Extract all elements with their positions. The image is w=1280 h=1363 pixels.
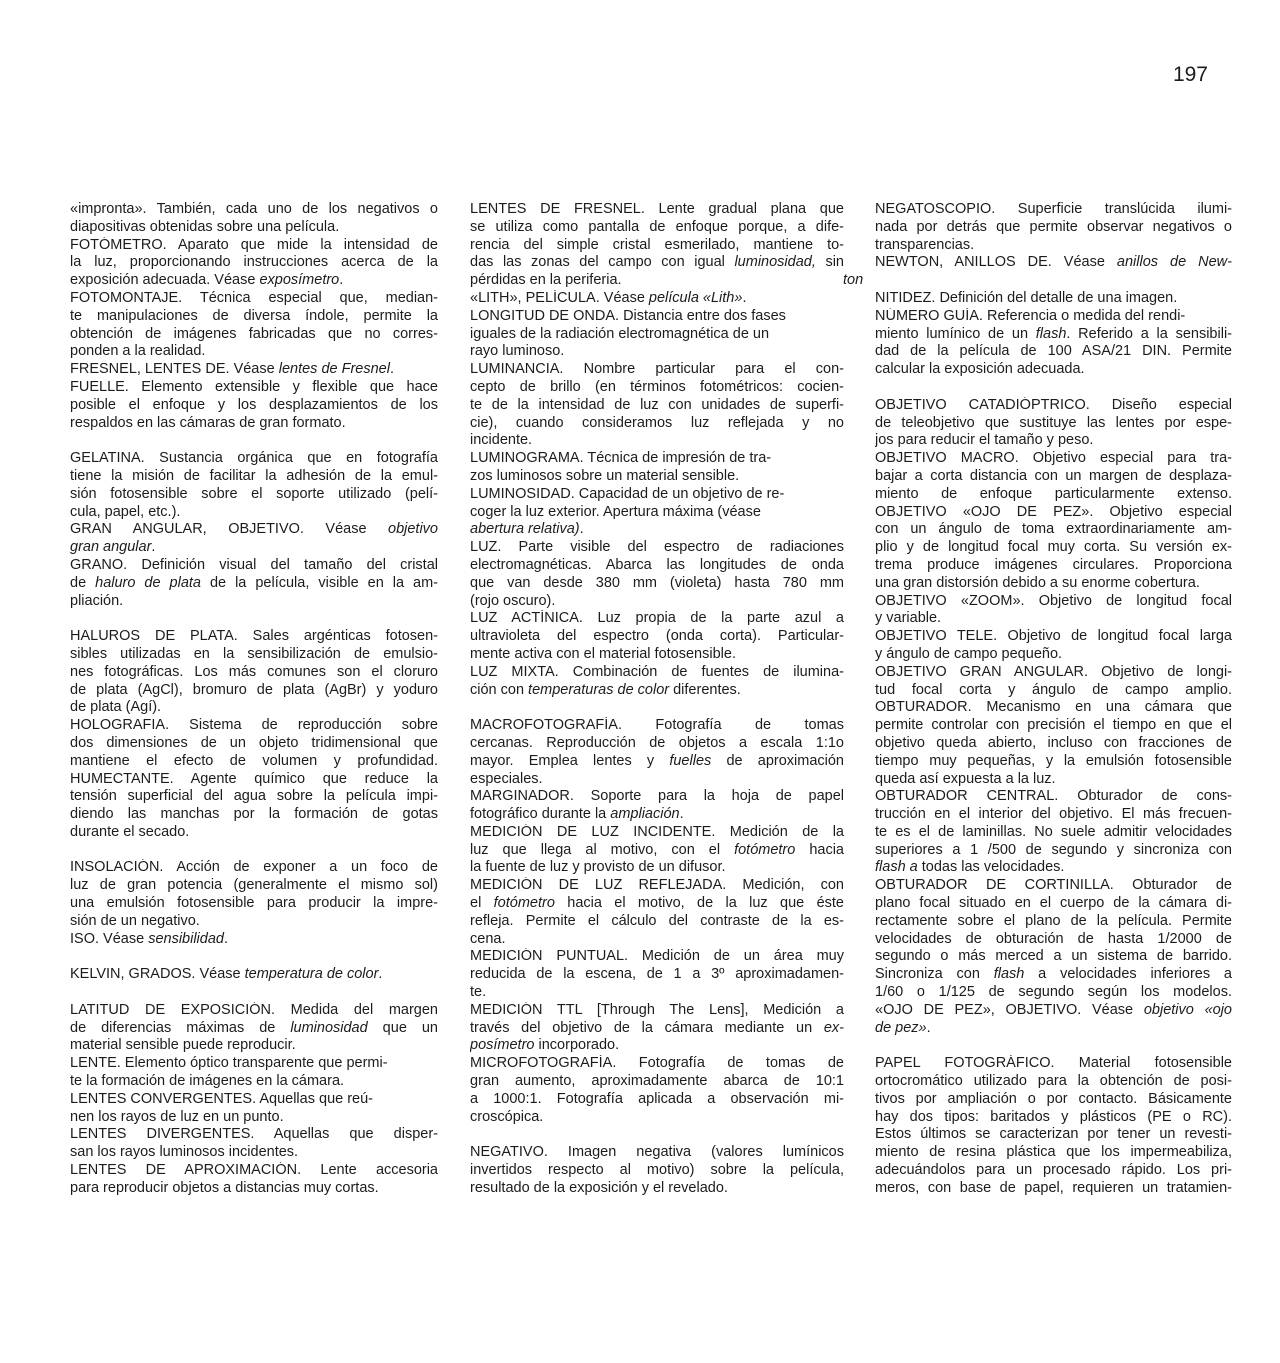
text-segment: gran aumento, aproximadamente abarca de … bbox=[470, 1073, 844, 1089]
text-line: fotográfico durante la ampliación. bbox=[470, 806, 844, 824]
text-segment: LENTES DE FRESNEL. Lente gradual plana q… bbox=[470, 201, 844, 217]
text-line: LENTES CONVERGENTES. Aquellas que reú- bbox=[70, 1091, 438, 1109]
italic-term: fuelles bbox=[669, 753, 711, 769]
text-line: 1/60 o 1/125 de segundo según los modelo… bbox=[875, 984, 1232, 1002]
italic-term: objetivo «ojo bbox=[1144, 1002, 1232, 1018]
text-line: Sincroniza con flash a velocidades infer… bbox=[875, 966, 1232, 984]
text-segment: de plata (AgCl), bromuro de plata (AgBr)… bbox=[70, 682, 438, 698]
text-line: transparencias. bbox=[875, 237, 1232, 255]
text-segment: NEGATIVO. Imagen negativa (valores lumín… bbox=[470, 1144, 844, 1160]
text-segment: a 1000:1. Fotografía aplicada a observac… bbox=[470, 1091, 844, 1107]
text-segment: transparencias. bbox=[875, 237, 974, 253]
text-segment: refleja. Permite el cálculo del contrast… bbox=[470, 913, 844, 929]
text-line: luz de gran potencia (generalmente el mi… bbox=[70, 877, 438, 895]
text-line: te es el de laminillas. No suele admitir… bbox=[875, 824, 1232, 842]
text-line: plano focal situado en el cuerpo de la c… bbox=[875, 895, 1232, 913]
text-line: segundo o más merced a un sistema de bar… bbox=[875, 948, 1232, 966]
text-segment: posible el enfoque y los desplazamientos… bbox=[70, 397, 438, 413]
text-line: «impronta». También, cada uno de los neg… bbox=[70, 201, 438, 219]
text-segment: iguales de la radiación electromagnética… bbox=[470, 326, 769, 342]
text-segment: respaldos en las cámaras de gran formato… bbox=[70, 415, 346, 431]
italic-term: luminosidad bbox=[290, 1020, 367, 1036]
text-segment: cercanas. Reproducción de objetos a esca… bbox=[470, 735, 844, 751]
text-segment: miento de enfoque particularmente extens… bbox=[875, 486, 1232, 502]
text-segment: HUMECTANTE. Agente químico que reduce la bbox=[70, 771, 438, 787]
text-line: tensión superficial del agua sobre la pe… bbox=[70, 788, 438, 806]
text-line: HOLOGRAFIA. Sistema de reproducción sobr… bbox=[70, 717, 438, 735]
text-line: NEWTON, ANILLOS DE. Véase anillos de New… bbox=[875, 254, 1232, 272]
text-line: rencia del simple cristal esmerilado, ma… bbox=[470, 237, 844, 255]
text-line: GELATINA. Sustancia orgánica que en foto… bbox=[70, 450, 438, 468]
text-segment: adecuándolos para un procesado rápido. L… bbox=[875, 1162, 1232, 1178]
text-segment: HOLOGRAFIA. Sistema de reproducción sobr… bbox=[70, 717, 438, 733]
text-segment: que van desde 380 mm (violeta) hasta 780… bbox=[470, 575, 844, 591]
text-segment: la luz, proporcionando instrucciones ace… bbox=[70, 254, 438, 270]
text-segment: cula, papel, etc.). bbox=[70, 504, 180, 520]
text-segment: LENTES DE APROXIMACIÓN. Lente accesoria bbox=[70, 1162, 438, 1178]
text-line: LUZ ACTÍNICA. Luz propia de la parte azu… bbox=[470, 610, 844, 628]
text-segment: trucción en el interior del objetivo. El… bbox=[875, 806, 1232, 822]
text-segment: durante el secado. bbox=[70, 824, 189, 840]
text-line: tiempo muy pequeñas, y la emulsión fotos… bbox=[875, 753, 1232, 771]
text-segment: sión de un negativo. bbox=[70, 913, 200, 929]
text-line: OBJETIVO GRAN ANGULAR. Objetivo de longi… bbox=[875, 664, 1232, 682]
text-segment: OBJETIVO «ZOOM». Objetivo de longitud fo… bbox=[875, 593, 1232, 609]
text-line: FRESNEL, LENTES DE. Véase lentes de Fres… bbox=[70, 361, 438, 379]
text-line: LENTES DIVERGENTES. Aquellas que disper- bbox=[70, 1126, 438, 1144]
text-segment: luz que llega al motivo, con el bbox=[470, 842, 734, 858]
text-line: OBTURADOR CENTRAL. Obturador de cons- bbox=[875, 788, 1232, 806]
text-segment: de diferencias máximas de bbox=[70, 1020, 290, 1036]
italic-term: temperaturas de color bbox=[528, 682, 669, 698]
text-segment: LUZ ACTÍNICA. Luz propia de la parte azu… bbox=[470, 610, 844, 626]
text-segment: tiempo muy pequeñas, y la emulsión fotos… bbox=[875, 753, 1232, 769]
text-segment: tiene la misión de facilitar la adhesión… bbox=[70, 468, 438, 484]
italic-term: luminosidad, bbox=[734, 254, 815, 270]
text-segment: de la película, visible en la am- bbox=[201, 575, 438, 591]
text-line: san los rayos luminosos incidentes. bbox=[70, 1144, 438, 1162]
text-line: el fotómetro hacia el motivo, de la luz … bbox=[470, 895, 844, 913]
text-line: a 1000:1. Fotografía aplicada a observac… bbox=[470, 1091, 844, 1109]
text-line: y ángulo de campo pequeño. bbox=[875, 646, 1232, 664]
text-line: OBJETIVO «OJO DE PEZ». Objetivo especial bbox=[875, 504, 1232, 522]
text-segment: plio y de longitud focal muy corta. Su v… bbox=[875, 539, 1232, 555]
text-segment: te la formación de imágenes en la cámara… bbox=[70, 1073, 344, 1089]
text-line: MEDICIÓN PUNTUAL. Medición de un área mu… bbox=[470, 948, 844, 966]
text-line: través del objetivo de la cámara mediant… bbox=[470, 1020, 844, 1038]
italic-term: ampliación bbox=[610, 806, 679, 822]
text-line: «OJO DE PEZ», OBJETIVO. Véase objetivo «… bbox=[875, 1002, 1232, 1020]
text-segment: tud focal corta y ángulo de campo amplio… bbox=[875, 682, 1232, 698]
text-segment: nes fotográficas. Los más comunes son el… bbox=[70, 664, 438, 680]
text-line: FOTÓMETRO. Aparato que mide la intensida… bbox=[70, 237, 438, 255]
text-line: cula, papel, etc.). bbox=[70, 504, 438, 522]
text-segment: una gran distorsión debido a su enorme c… bbox=[875, 575, 1200, 591]
page-number: 197 bbox=[1080, 62, 1208, 88]
text-line: te manipulaciones de diversa índole, per… bbox=[70, 308, 438, 326]
text-segment: Estos últimos se caracterizan por tener … bbox=[875, 1126, 1232, 1142]
text-line: cercanas. Reproducción de objetos a esca… bbox=[470, 735, 844, 753]
text-segment: a velocidades inferiores a bbox=[1024, 966, 1232, 982]
text-line: LUMINANCIA. Nombre particular para el co… bbox=[470, 361, 844, 379]
text-line: NEGATOSCOPIO. Superficie translúcida ilu… bbox=[875, 201, 1232, 219]
text-segment: . bbox=[680, 806, 684, 822]
text-line: dos dimensiones de un objeto tridimensio… bbox=[70, 735, 438, 753]
text-segment: . bbox=[378, 966, 382, 982]
text-segment: miento lumínico de un bbox=[875, 326, 1036, 342]
text-line: nes fotográficas. Los más comunes son el… bbox=[70, 664, 438, 682]
text-line: nen los rayos de luz en un punto. bbox=[70, 1109, 438, 1127]
text-line: NITIDEZ. Definición del detalle de una i… bbox=[875, 290, 1232, 308]
text-segment: tensión superficial del agua sobre la pe… bbox=[70, 788, 438, 804]
text-segment: LENTES DIVERGENTES. Aquellas que disper- bbox=[70, 1126, 438, 1142]
text-segment: pérdidas en la periferia. bbox=[470, 272, 622, 288]
text-segment: diendo las manchas por la formación de g… bbox=[70, 806, 438, 822]
text-column-right: NEGATOSCOPIO. Superficie translúcida ilu… bbox=[875, 201, 1232, 1198]
text-segment: que un bbox=[368, 1020, 438, 1036]
text-line: nada por detrás que permite observar neg… bbox=[875, 219, 1232, 237]
italic-term: haluro de plata bbox=[95, 575, 201, 591]
text-line: LUZ MIXTA. Combinación de fuentes de ilu… bbox=[470, 664, 844, 682]
text-segment: superiores a 1 /500 de segundo y sincron… bbox=[875, 842, 1232, 858]
text-segment: electromagnéticas. Abarca las longitudes… bbox=[470, 557, 844, 573]
italic-term: fotómetro bbox=[494, 895, 555, 911]
text-segment: OBTURADOR DE CORTINILLA. Obturador de bbox=[875, 877, 1232, 893]
text-segment: 1/60 o 1/125 de segundo según los modelo… bbox=[875, 984, 1232, 1000]
text-segment: OBJETIVO «OJO DE PEZ». Objetivo especial bbox=[875, 504, 1232, 520]
text-segment: miento de resina plástica que los imperm… bbox=[875, 1144, 1232, 1160]
text-line: gran aumento, aproximadamente abarca de … bbox=[470, 1073, 844, 1091]
text-line: pliación. bbox=[70, 593, 438, 611]
text-segment: INSOLACIÓN. Acción de exponer a un foco … bbox=[70, 859, 438, 875]
text-line: exposición adecuada. Véase exposímetro. bbox=[70, 272, 438, 290]
text-segment: de plata (Agí). bbox=[70, 699, 161, 715]
text-segment: LUZ MIXTA. Combinación de fuentes de ilu… bbox=[470, 664, 844, 680]
text-column-middle: LENTES DE FRESNEL. Lente gradual plana q… bbox=[470, 201, 844, 1198]
text-line: de diferencias máximas de luminosidad qu… bbox=[70, 1020, 438, 1038]
text-line: gran angular. bbox=[70, 539, 438, 557]
text-segment: ultravioleta del espectro (onda corta). … bbox=[470, 628, 844, 644]
text-line: INSOLACIÓN. Acción de exponer a un foco … bbox=[70, 859, 438, 877]
text-line: adecuándolos para un procesado rápido. L… bbox=[875, 1162, 1232, 1180]
text-segment: calcular la exposición adecuada. bbox=[875, 361, 1085, 377]
text-line: tiene la misión de facilitar la adhesión… bbox=[70, 468, 438, 486]
text-line: ISO. Véase sensibilidad. bbox=[70, 931, 438, 949]
text-segment: FUELLE. Elemento extensible y flexible q… bbox=[70, 379, 438, 395]
text-segment: luz de gran potencia (generalmente el mi… bbox=[70, 877, 438, 893]
text-segment: diapositivas obtenidas sobre una películ… bbox=[70, 219, 339, 235]
text-line: GRANO. Definición visual del tamaño del … bbox=[70, 557, 438, 575]
text-segment: diferentes. bbox=[669, 682, 741, 698]
text-line: LENTES DE FRESNEL. Lente gradual plana q… bbox=[470, 201, 844, 219]
text-line: de pez». bbox=[875, 1020, 1232, 1038]
text-line: superiores a 1 /500 de segundo y sincron… bbox=[875, 842, 1232, 860]
italic-term: de pez» bbox=[875, 1020, 927, 1036]
text-segment: una emulsión fotosensible para producir … bbox=[70, 895, 438, 911]
text-line: LUMINOGRAMA. Técnica de impresión de tra… bbox=[470, 450, 844, 468]
text-segment: «LITH», PELÍCULA. Véase bbox=[470, 290, 649, 306]
text-segment: para reproducir objetos a distancias muy… bbox=[70, 1180, 379, 1196]
text-segment: OBJETIVO TELE. Objetivo de longitud foca… bbox=[875, 628, 1232, 644]
text-segment: el bbox=[470, 895, 494, 911]
text-line: pérdidas en la periferia. bbox=[470, 272, 844, 290]
text-segment: sión fotosensible sobre el soporte utili… bbox=[70, 486, 438, 502]
text-segment: . bbox=[224, 931, 228, 947]
text-line: de haluro de plata de la película, visib… bbox=[70, 575, 438, 593]
text-line: MARGINADOR. Soporte para la hoja de pape… bbox=[470, 788, 844, 806]
text-segment: «impronta». También, cada uno de los neg… bbox=[70, 201, 438, 217]
text-line: iguales de la radiación electromagnética… bbox=[470, 326, 844, 344]
text-line: OBTURADOR DE CORTINILLA. Obturador de bbox=[875, 877, 1232, 895]
text-line: para reproducir objetos a distancias muy… bbox=[70, 1180, 438, 1198]
text-line: plio y de longitud focal muy corta. Su v… bbox=[875, 539, 1232, 557]
text-line: queda así expuesta a la luz. bbox=[875, 771, 1232, 789]
text-segment: Sincroniza con bbox=[875, 966, 994, 982]
text-line: FOTOMONTAJE. Técnica especial que, media… bbox=[70, 290, 438, 308]
italic-term: temperatura de color bbox=[245, 966, 379, 982]
text-line: luz que llega al motivo, con el fotómetr… bbox=[470, 842, 844, 860]
text-line: flash a todas las velocidades. bbox=[875, 859, 1232, 877]
text-line: zos luminosos sobre un material sensible… bbox=[470, 468, 844, 486]
text-segment: . bbox=[742, 290, 746, 306]
text-line: rayo luminoso. bbox=[470, 343, 844, 361]
text-segment: queda así expuesta a la luz. bbox=[875, 771, 1056, 787]
text-line: material sensible puede reproducir. bbox=[70, 1037, 438, 1055]
text-line: especiales. bbox=[470, 771, 844, 789]
text-line: de plata (Agí). bbox=[70, 699, 438, 717]
text-line: calcular la exposición adecuada. bbox=[875, 361, 1232, 379]
text-line: ortocromático utilizado para la obtenció… bbox=[875, 1073, 1232, 1091]
text-segment: fotográfico durante la bbox=[470, 806, 610, 822]
text-segment: . bbox=[151, 539, 155, 555]
italic-term: posímetro bbox=[470, 1037, 534, 1053]
text-line: de teleobjetivo que sustituye las lentes… bbox=[875, 415, 1232, 433]
text-segment: rencia del simple cristal esmerilado, ma… bbox=[470, 237, 844, 253]
text-line: obtención de imágenes fabricadas que no … bbox=[70, 326, 438, 344]
text-line: tivos por ampliación o por contacto. Bás… bbox=[875, 1091, 1232, 1109]
italic-term: película «Lith» bbox=[649, 290, 743, 306]
text-segment: MEDICIÓN DE LUZ INCIDENTE. Medición de l… bbox=[470, 824, 844, 840]
text-segment: exposición adecuada. Véase bbox=[70, 272, 259, 288]
text-segment: nen los rayos de luz en un punto. bbox=[70, 1109, 284, 1125]
text-line: sión fotosensible sobre el soporte utili… bbox=[70, 486, 438, 504]
italic-term: flash a bbox=[875, 859, 918, 875]
text-segment: MEDICIÓN DE LUZ REFLEJADA. Medición, con bbox=[470, 877, 844, 893]
text-line: mente activa con el material fotosensibl… bbox=[470, 646, 844, 664]
text-segment: mente activa con el material fotosensibl… bbox=[470, 646, 736, 662]
text-segment: PAPEL FOTOGRÁFICO. Material fotosensible bbox=[875, 1055, 1232, 1071]
text-line: cepto de brillo (en términos fotométrico… bbox=[470, 379, 844, 397]
text-line: refleja. Permite el cálculo del contrast… bbox=[470, 913, 844, 931]
text-line: cena. bbox=[470, 931, 844, 949]
text-line: ponden a la realidad. bbox=[70, 343, 438, 361]
text-segment: MEDICIÓN PUNTUAL. Medición de un área mu… bbox=[470, 948, 844, 964]
text-line: meros, con base de papel, requieren un t… bbox=[875, 1180, 1232, 1198]
text-segment: . bbox=[927, 1020, 931, 1036]
text-line: trucción en el interior del objetivo. El… bbox=[875, 806, 1232, 824]
text-segment: croscópica. bbox=[470, 1109, 543, 1125]
text-segment: OBJETIVO MACRO. Objetivo especial para t… bbox=[875, 450, 1232, 466]
italic-term: sensibilidad bbox=[148, 931, 224, 947]
text-line: coger la luz exterior. Apertura máxima (… bbox=[470, 504, 844, 522]
text-segment: hacia bbox=[795, 842, 844, 858]
text-segment: ortocromático utilizado para la obtenció… bbox=[875, 1073, 1232, 1089]
text-line: velocidades de obturación de hasta 1/200… bbox=[875, 931, 1232, 949]
text-line: mantiene el efecto de volumen y profundi… bbox=[70, 753, 438, 771]
text-segment: nada por detrás que permite observar neg… bbox=[875, 219, 1232, 235]
text-segment: especiales. bbox=[470, 771, 543, 787]
text-segment: LUMINOGRAMA. Técnica de impresión de tra… bbox=[470, 450, 771, 466]
text-segment: MARGINADOR. Soporte para la hoja de pape… bbox=[470, 788, 844, 804]
text-line: bajar a corta distancia con un margen de… bbox=[875, 468, 1232, 486]
text-segment: cepto de brillo (en términos fotométrico… bbox=[470, 379, 844, 395]
text-line: miento de resina plástica que los imperm… bbox=[875, 1144, 1232, 1162]
text-segment: hay dos tipos: baritados y plásticos (PE… bbox=[875, 1109, 1232, 1125]
text-line: mayor. Emplea lentes y fuelles de aproxi… bbox=[470, 753, 844, 771]
text-line: LUZ. Parte visible del espectro de radia… bbox=[470, 539, 844, 557]
text-line: (rojo oscuro). bbox=[470, 593, 844, 611]
text-segment: . bbox=[339, 272, 343, 288]
text-segment: pliación. bbox=[70, 593, 123, 609]
text-line: jos para reducir el tamaño y peso. bbox=[875, 432, 1232, 450]
text-line: una gran distorsión debido a su enorme c… bbox=[875, 575, 1232, 593]
text-segment: rectamente sobre el plano de la película… bbox=[875, 913, 1232, 929]
italic-term: abertura relativa) bbox=[470, 521, 580, 537]
text-segment: mantiene el efecto de volumen y profundi… bbox=[70, 753, 438, 769]
text-line: trema produce imágenes circulares. Propo… bbox=[875, 557, 1232, 575]
text-segment: . bbox=[580, 521, 584, 537]
text-segment: velocidades de obturación de hasta 1/200… bbox=[875, 931, 1232, 947]
text-line: te la formación de imágenes en la cámara… bbox=[70, 1073, 438, 1091]
text-segment: LUMINANCIA. Nombre particular para el co… bbox=[470, 361, 844, 377]
italic-term: flash bbox=[994, 966, 1025, 982]
text-segment: MICROFOTOGRAFÍA. Fotografía de tomas de bbox=[470, 1055, 844, 1071]
text-segment: objetivo queda abierto, incluso con frac… bbox=[875, 735, 1232, 751]
text-segment: LENTES CONVERGENTES. Aquellas que reú- bbox=[70, 1091, 373, 1107]
text-line: la fuente de luz y provisto de un difuso… bbox=[470, 859, 844, 877]
text-line: tud focal corta y ángulo de campo amplio… bbox=[875, 682, 1232, 700]
text-line: ultravioleta del espectro (onda corta). … bbox=[470, 628, 844, 646]
text-segment: dos dimensiones de un objeto tridimensio… bbox=[70, 735, 438, 751]
text-segment: zos luminosos sobre un material sensible… bbox=[470, 468, 739, 484]
text-segment: obtención de imágenes fabricadas que no … bbox=[70, 326, 438, 342]
text-line: permite controlar con precisión el tiemp… bbox=[875, 717, 1232, 735]
text-segment: incorporado. bbox=[534, 1037, 619, 1053]
text-segment: NEGATOSCOPIO. Superficie translúcida ilu… bbox=[875, 201, 1232, 217]
text-line: invertidos respecto al motivo) sobre la … bbox=[470, 1162, 844, 1180]
text-line: ton bbox=[843, 272, 1232, 290]
italic-term: flash bbox=[1036, 326, 1067, 342]
text-segment: y variable. bbox=[875, 610, 941, 626]
text-line: «LITH», PELÍCULA. Véase película «Lith». bbox=[470, 290, 844, 308]
text-segment: de aproximación bbox=[711, 753, 844, 769]
text-segment: GRANO. Definición visual del tamaño del … bbox=[70, 557, 438, 573]
text-line: sibles utilizadas en la sensibilización … bbox=[70, 646, 438, 664]
text-line: con un ángulo de toma extraordinariament… bbox=[875, 521, 1232, 539]
text-segment: segundo o más merced a un sistema de bar… bbox=[875, 948, 1232, 964]
text-line: Estos últimos se caracterizan por tener … bbox=[875, 1126, 1232, 1144]
text-segment: te de la intensidad de luz con unidades … bbox=[470, 397, 844, 413]
text-line: y variable. bbox=[875, 610, 1232, 628]
text-segment: NÚMERO GUÍA. Referencia o medida del ren… bbox=[875, 308, 1185, 324]
text-line: reducida de la escena, de 1 a 3º aproxim… bbox=[470, 966, 844, 984]
text-segment: de teleobjetivo que sustituye las lentes… bbox=[875, 415, 1232, 431]
italic-term: anillos de New- bbox=[1117, 254, 1232, 270]
text-segment: plano focal situado en el cuerpo de la c… bbox=[875, 895, 1232, 911]
text-line: LENTES DE APROXIMACIÓN. Lente accesoria bbox=[70, 1162, 438, 1180]
text-segment: te es el de laminillas. No suele admitir… bbox=[875, 824, 1232, 840]
text-segment: FRESNEL, LENTES DE. Véase bbox=[70, 361, 279, 377]
text-line: MICROFOTOGRAFÍA. Fotografía de tomas de bbox=[470, 1055, 844, 1073]
text-line: la luz, proporcionando instrucciones ace… bbox=[70, 254, 438, 272]
text-line: sión de un negativo. bbox=[70, 913, 438, 931]
text-segment: permite controlar con precisión el tiemp… bbox=[875, 717, 1232, 733]
text-line: MEDICIÓN DE LUZ REFLEJADA. Medición, con bbox=[470, 877, 844, 895]
text-segment: resultado de la exposición y el revelado… bbox=[470, 1180, 728, 1196]
text-segment: sibles utilizadas en la sensibilización … bbox=[70, 646, 438, 662]
text-segment: te manipulaciones de diversa índole, per… bbox=[70, 308, 438, 324]
text-line: miento lumínico de un flash. Referido a … bbox=[875, 326, 1232, 344]
text-line: ción con temperaturas de color diferente… bbox=[470, 682, 844, 700]
text-segment: te. bbox=[470, 984, 486, 1000]
text-line: resultado de la exposición y el revelado… bbox=[470, 1180, 844, 1198]
text-segment: reducida de la escena, de 1 a 3º aproxim… bbox=[470, 966, 844, 982]
text-line: HUMECTANTE. Agente químico que reduce la bbox=[70, 771, 438, 789]
text-line: das las zonas del campo con igual lumino… bbox=[470, 254, 844, 272]
italic-term: ton bbox=[843, 272, 863, 288]
text-segment: invertidos respecto al motivo) sobre la … bbox=[470, 1162, 844, 1178]
text-segment: hacia el motivo, de la luz que éste bbox=[555, 895, 844, 911]
text-segment: ISO. Véase bbox=[70, 931, 148, 947]
text-line: posímetro incorporado. bbox=[470, 1037, 844, 1055]
text-segment: jos para reducir el tamaño y peso. bbox=[875, 432, 1093, 448]
text-segment: cie), cuando consideramos luz reflejada … bbox=[470, 415, 844, 431]
text-segment: mayor. Emplea lentes y bbox=[470, 753, 669, 769]
text-line: NEGATIVO. Imagen negativa (valores lumín… bbox=[470, 1144, 844, 1162]
text-line: MEDICIÓN TTL [Through The Lens], Medició… bbox=[470, 1002, 844, 1020]
italic-term: fotómetro bbox=[734, 842, 795, 858]
italic-term: objetivo bbox=[388, 521, 438, 537]
text-segment: trema produce imágenes circulares. Propo… bbox=[875, 557, 1232, 573]
text-segment: sin bbox=[816, 254, 844, 270]
text-segment: LONGITUD DE ONDA. Distancia entre dos fa… bbox=[470, 308, 786, 324]
text-line: durante el secado. bbox=[70, 824, 438, 842]
text-segment: NEWTON, ANILLOS DE. Véase bbox=[875, 254, 1117, 270]
text-segment: das las zonas del campo con igual bbox=[470, 254, 734, 270]
text-line: abertura relativa). bbox=[470, 521, 844, 539]
text-segment: tivos por ampliación o por contacto. Bás… bbox=[875, 1091, 1232, 1107]
text-line: croscópica. bbox=[470, 1109, 844, 1127]
text-line: que van desde 380 mm (violeta) hasta 780… bbox=[470, 575, 844, 593]
text-segment: . Referido a la sensibili- bbox=[1066, 326, 1232, 342]
text-segment: FOTOMONTAJE. Técnica especial que, media… bbox=[70, 290, 438, 306]
text-line: de plata (AgCl), bromuro de plata (AgBr)… bbox=[70, 682, 438, 700]
text-segment: LENTE. Elemento óptico transparente que … bbox=[70, 1055, 388, 1071]
text-line: rectamente sobre el plano de la película… bbox=[875, 913, 1232, 931]
text-line: respaldos en las cámaras de gran formato… bbox=[70, 415, 438, 433]
text-segment: LUZ. Parte visible del espectro de radia… bbox=[470, 539, 844, 555]
text-segment: OBJETIVO GRAN ANGULAR. Objetivo de longi… bbox=[875, 664, 1232, 680]
text-segment: KELVIN, GRADOS. Véase bbox=[70, 966, 245, 982]
text-segment: material sensible puede reproducir. bbox=[70, 1037, 296, 1053]
text-segment: meros, con base de papel, requieren un t… bbox=[875, 1180, 1232, 1196]
text-line: MEDICIÓN DE LUZ INCIDENTE. Medición de l… bbox=[470, 824, 844, 842]
text-segment: rayo luminoso. bbox=[470, 343, 564, 359]
text-line: LUMINOSIDAD. Capacidad de un objetivo de… bbox=[470, 486, 844, 504]
text-line: dad de la película de 100 ASA/21 DIN. Pe… bbox=[875, 343, 1232, 361]
text-line: FUELLE. Elemento extensible y flexible q… bbox=[70, 379, 438, 397]
text-line: electromagnéticas. Abarca las longitudes… bbox=[470, 557, 844, 575]
